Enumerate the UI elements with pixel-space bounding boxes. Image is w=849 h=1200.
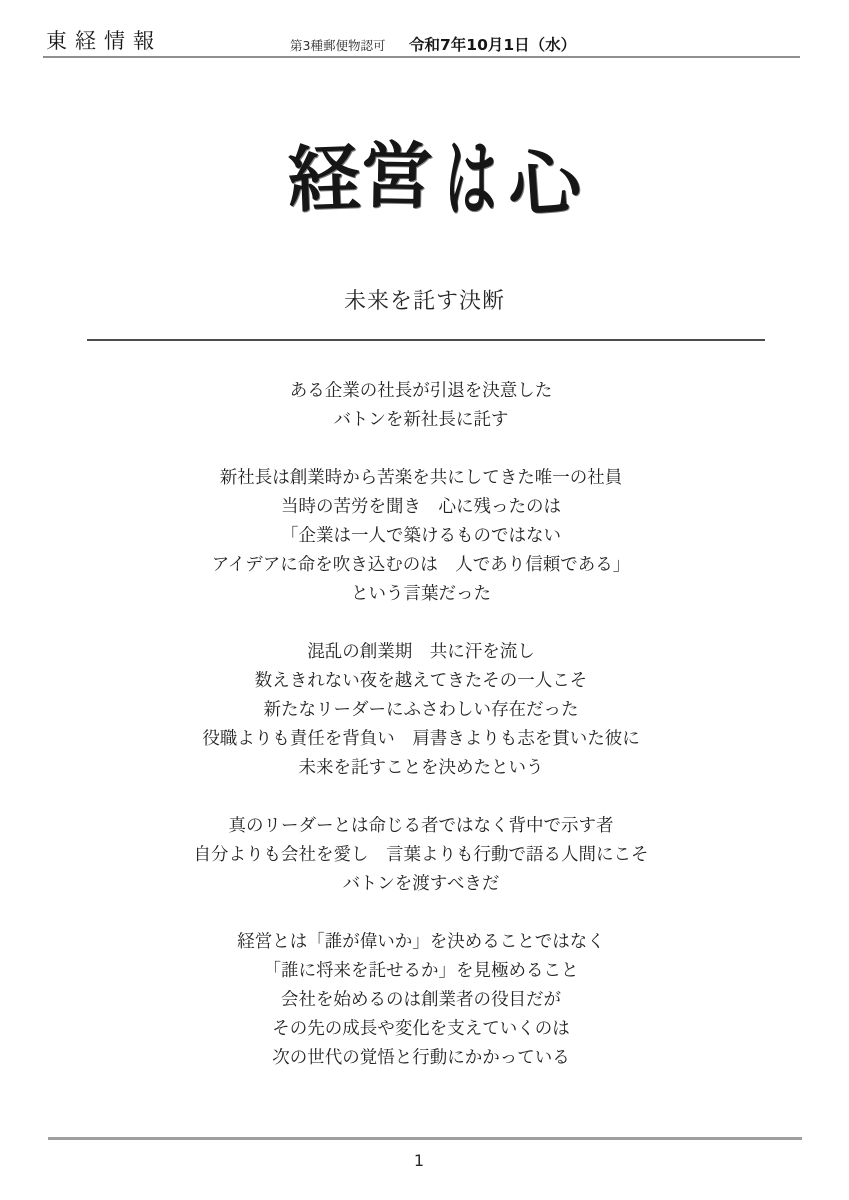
- calligraphy-char: 経: [287, 142, 361, 216]
- stanza: 新社長は創業時から苦楽を共にしてきた唯一の社員 当時の苦労を聞き 心に残ったのは…: [0, 464, 842, 609]
- stanza-line: アイデアに命を吹き込むのは 人であり信頼である」: [0, 551, 842, 580]
- stanza-line: 新たなリーダーにふさわしい存在だった: [0, 696, 842, 725]
- calligraphy-char: は: [443, 136, 498, 223]
- stanza-line: 自分よりも会社を愛し 言葉よりも行動で語る人間にこそ: [0, 841, 842, 870]
- stanza-line: 次の世代の覚悟と行動にかかっている: [0, 1044, 842, 1073]
- stanza-line: 未来を託すことを決めたという: [0, 754, 842, 783]
- stanza-line: 会社を始めるのは創業者の役目だが: [0, 986, 842, 1015]
- stanza-line: バトンを新社長に託す: [0, 406, 842, 435]
- calligraphy-masthead: 経 営 は 心: [288, 126, 580, 232]
- stanza-line: 「誰に将来を託せるか」を見極めること: [0, 957, 842, 986]
- stanza: ある企業の社長が引退を決意した バトンを新社長に託す: [0, 377, 842, 435]
- mail-permit-label: 第3種郵便物認可: [290, 36, 385, 54]
- footer-divider: [48, 1137, 802, 1140]
- stanza-line: という言葉だった: [0, 580, 842, 609]
- stanza-line: 役職よりも責任を背負い 肩書きよりも志を貫いた彼に: [0, 725, 842, 754]
- stanza: 経営とは「誰が偉いか」を決めることではなく 「誰に将来を託せるか」を見極めること…: [0, 928, 842, 1073]
- page-number: 1: [0, 1151, 838, 1170]
- stanza-line: その先の成長や変化を支えていくのは: [0, 1015, 842, 1044]
- stanza-line: ある企業の社長が引退を決意した: [0, 377, 842, 406]
- newsletter-page: 東経情報 第3種郵便物認可 令和7年10月1日（水） 経 営 は 心 未来を託す…: [0, 0, 849, 1200]
- calligraphy-char: 心: [506, 145, 583, 222]
- stanza: 混乱の創業期 共に汗を流し 数えきれない夜を越えてきたその一人こそ 新たなリーダ…: [0, 638, 842, 783]
- article-body: ある企業の社長が引退を決意した バトンを新社長に託す 新社長は創業時から苦楽を共…: [0, 377, 842, 1102]
- header-divider: [43, 56, 800, 58]
- stanza-line: 数えきれない夜を越えてきたその一人こそ: [0, 667, 842, 696]
- stanza-line: 経営とは「誰が偉いか」を決めることではなく: [0, 928, 842, 957]
- stanza: 真のリーダーとは命じる者ではなく背中で示す者 自分よりも会社を愛し 言葉よりも行…: [0, 812, 842, 899]
- stanza-line: 「企業は一人で築けるものではない: [0, 522, 842, 551]
- publication-name: 東経情報: [46, 25, 162, 55]
- title-divider: [87, 339, 765, 341]
- stanza-line: 新社長は創業時から苦楽を共にしてきた唯一の社員: [0, 464, 842, 493]
- stanza-line: バトンを渡すべきだ: [0, 870, 842, 899]
- stanza-line: 真のリーダーとは命じる者ではなく背中で示す者: [0, 812, 842, 841]
- issue-date: 令和7年10月1日（水）: [409, 33, 576, 55]
- article-title: 未来を託す決断: [0, 284, 849, 315]
- stanza-line: 混乱の創業期 共に汗を流し: [0, 638, 842, 667]
- stanza-line: 当時の苦労を聞き 心に残ったのは: [0, 493, 842, 522]
- calligraphy-char: 営: [361, 139, 434, 212]
